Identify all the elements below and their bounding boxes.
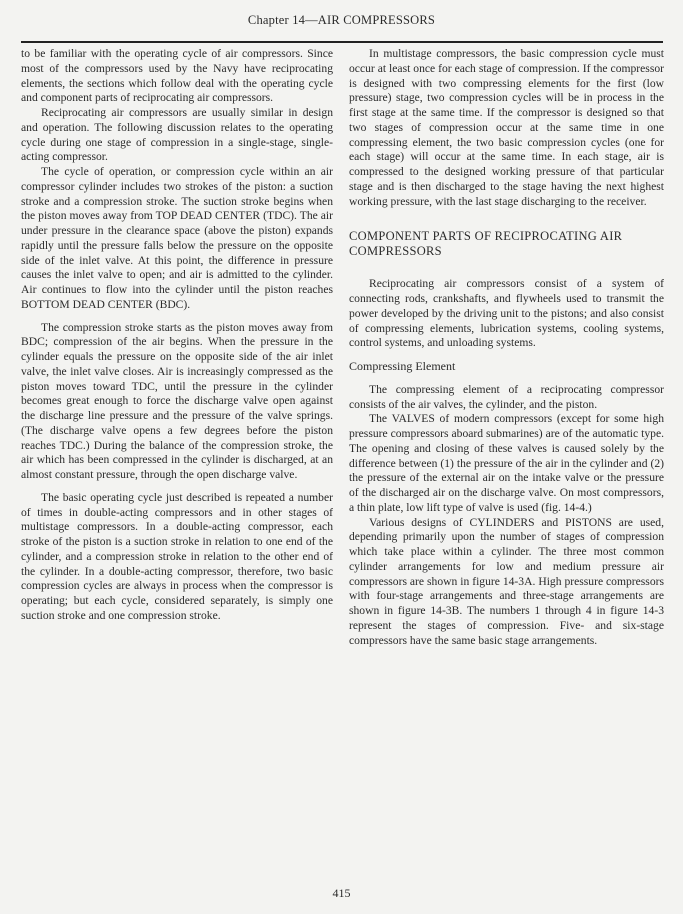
paragraph: The compression stroke starts as the pis… [21, 321, 333, 483]
running-header: Chapter 14—AIR COMPRESSORS [0, 13, 683, 28]
section-heading: COMPONENT PARTS OF RECIPROCATING AIR COM… [349, 229, 664, 259]
paragraph: to be familiar with the operating cycle … [21, 47, 333, 106]
paragraph: The cycle of operation, or compression c… [21, 165, 333, 313]
paragraph: Reciprocating air compressors are usuall… [21, 106, 333, 165]
right-column: In multistage compressors, the basic com… [349, 47, 664, 648]
paragraph: Various designs of CYLINDERS and PISTONS… [349, 516, 664, 649]
paragraph: The VALVES of modern compressors (except… [349, 412, 664, 515]
paragraph: The compressing element of a reciprocati… [349, 383, 664, 413]
subsection-heading: Compressing Element [349, 359, 664, 374]
section-heading-text: COMPONENT PARTS OF RECIPROCATING AIR COM… [349, 229, 622, 258]
paragraph: In multistage compressors, the basic com… [349, 47, 664, 209]
header-rule [21, 41, 663, 43]
paragraph: The basic operating cycle just described… [21, 491, 333, 624]
paragraph: Reciprocating air compressors consist of… [349, 277, 664, 351]
left-column: to be familiar with the operating cycle … [21, 47, 333, 624]
page-number: 415 [0, 886, 683, 901]
